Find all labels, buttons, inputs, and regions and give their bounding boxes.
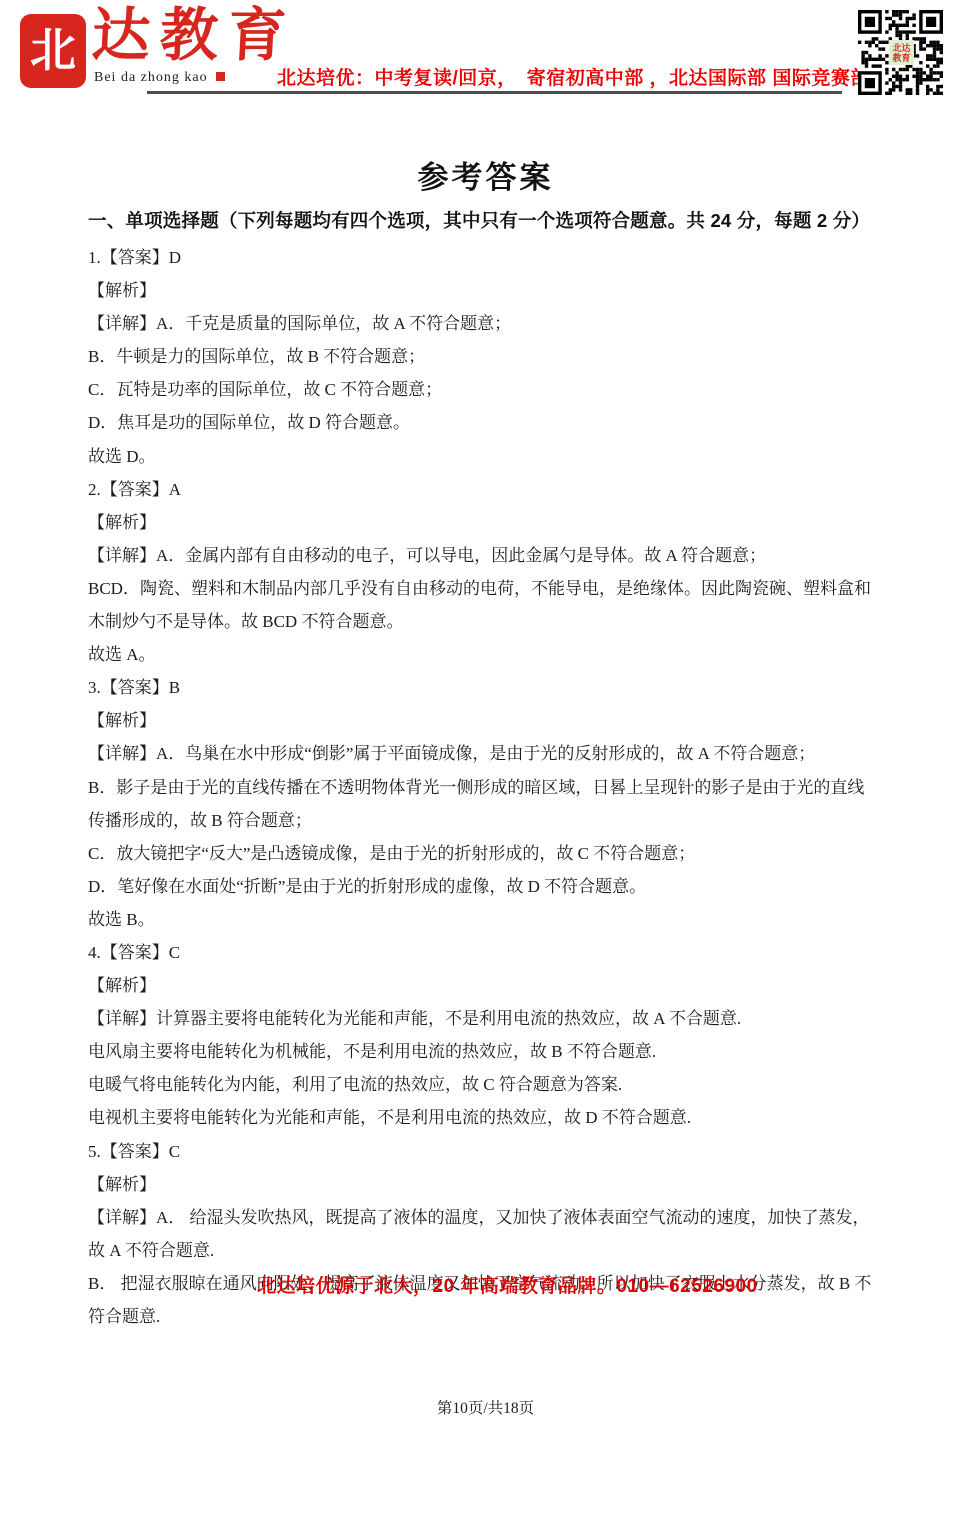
brand-seal-icon: 北 bbox=[22, 16, 84, 86]
brand-subtitle: Bei da zhong kao bbox=[94, 70, 225, 86]
document-page: 北 达教育 Bei da zhong kao 北达培优：中考复读/回京， 寄宿初… bbox=[0, 0, 971, 1526]
brand-subtitle-text: Bei da zhong kao bbox=[94, 70, 208, 85]
text-line: 【解析】 bbox=[88, 704, 918, 737]
text-line: D．焦耳是功的国际单位，故 D 符合题意。 bbox=[88, 406, 918, 439]
document-lines: 1.【答案】D【解析】【详解】A．千克是质量的国际单位，故 A 不符合题意；B．… bbox=[88, 241, 918, 1333]
text-line: 传播形成的，故 B 符合题意； bbox=[88, 804, 918, 837]
text-line: 【解析】 bbox=[88, 506, 918, 539]
text-line: 【详解】A． 给湿头发吹热风，既提高了液体的温度，又加快了液体表面空气流动的速度… bbox=[88, 1201, 918, 1234]
text-line: BCD．陶瓷、塑料和木制品内部几乎没有自由移动的电荷，不能导电，是绝缘体。因此陶… bbox=[88, 572, 918, 605]
text-line: 符合题意. bbox=[88, 1300, 918, 1333]
brand-logo-text: 达教育 bbox=[90, 4, 297, 68]
text-line: 电风扇主要将电能转化为机械能，不是利用电流的热效应，故 B 不符合题意. bbox=[88, 1035, 918, 1068]
text-line: 故 A 不符合题意. bbox=[88, 1234, 918, 1267]
red-square-icon bbox=[216, 72, 225, 81]
text-line: 【解析】 bbox=[88, 274, 918, 307]
page-title: 参考答案 bbox=[0, 152, 971, 197]
text-line: 电暖气将电能转化为内能，利用了电流的热效应，故 C 符合题意为答案. bbox=[88, 1068, 918, 1101]
qr-label-top: 北达 bbox=[892, 43, 910, 53]
text-line: 故选 B。 bbox=[88, 903, 918, 936]
text-line: 4.【答案】C bbox=[88, 936, 918, 969]
text-line: 【解析】 bbox=[88, 969, 918, 1002]
seal-character: 北 bbox=[30, 28, 76, 74]
text-line: 【详解】A．鸟巢在水中形成“倒影”属于平面镜成像，是由于光的反射形成的，故 A … bbox=[88, 737, 918, 770]
watermark-text: 北达培优源于北大，20 年高端教育品牌。010—62526900 bbox=[257, 1271, 758, 1298]
text-line: 电视机主要将电能转化为光能和声能，不是利用电流的热效应，故 D 不符合题意. bbox=[88, 1101, 918, 1134]
text-line: 【详解】计算器主要将电能转化为光能和声能，不是利用电流的热效应，故 A 不合题意… bbox=[88, 1002, 918, 1035]
text-line: B．牛顿是力的国际单位，故 B 不符合题意； bbox=[88, 340, 918, 373]
qr-code-icon: 北达 教育 bbox=[858, 10, 943, 95]
text-line: 2.【答案】A bbox=[88, 473, 918, 506]
text-line: B．影子是由于光的直线传播在不透明物体背光一侧形成的暗区域，日晷上呈现针的影子是… bbox=[88, 771, 918, 804]
text-line: 【详解】A．金属内部有自由移动的电子，可以导电，因此金属勺是导体。故 A 符合题… bbox=[88, 539, 918, 572]
text-line: 木制炒勺不是导体。故 BCD 不符合题意。 bbox=[88, 605, 918, 638]
text-line: 故选 A。 bbox=[88, 638, 918, 671]
text-line: D．笔好像在水面处“折断”是由于光的折射形成的虚像，故 D 不符合题意。 bbox=[88, 870, 918, 903]
text-line: 故选 D。 bbox=[88, 440, 918, 473]
text-line: 3.【答案】B bbox=[88, 671, 918, 704]
text-line: C．瓦特是功率的国际单位，故 C 不符合题意； bbox=[88, 373, 918, 406]
header-divider bbox=[147, 91, 842, 94]
text-line: 【解析】 bbox=[88, 1168, 918, 1201]
text-line: 【详解】A．千克是质量的国际单位，故 A 不符合题意； bbox=[88, 307, 918, 340]
text-line: C．放大镜把字“反大”是凸透镜成像，是由于光的折射形成的，故 C 不符合题意； bbox=[88, 837, 918, 870]
section-heading: 一、单项选择题（下列每题均有四个选项，其中只有一个选项符合题意。共 24 分，每… bbox=[88, 207, 870, 233]
header-banner-text: 北达培优：中考复读/回京， 寄宿初高中部 ，北达国际部 国际竞赛部 bbox=[277, 63, 870, 90]
text-line: 5.【答案】C bbox=[88, 1135, 918, 1168]
text-line: 1.【答案】D bbox=[88, 241, 918, 274]
page-number: 第10页/共18页 bbox=[0, 1396, 971, 1418]
qr-label-bottom: 教育 bbox=[892, 53, 910, 63]
qr-center-label: 北达 教育 bbox=[889, 40, 914, 65]
